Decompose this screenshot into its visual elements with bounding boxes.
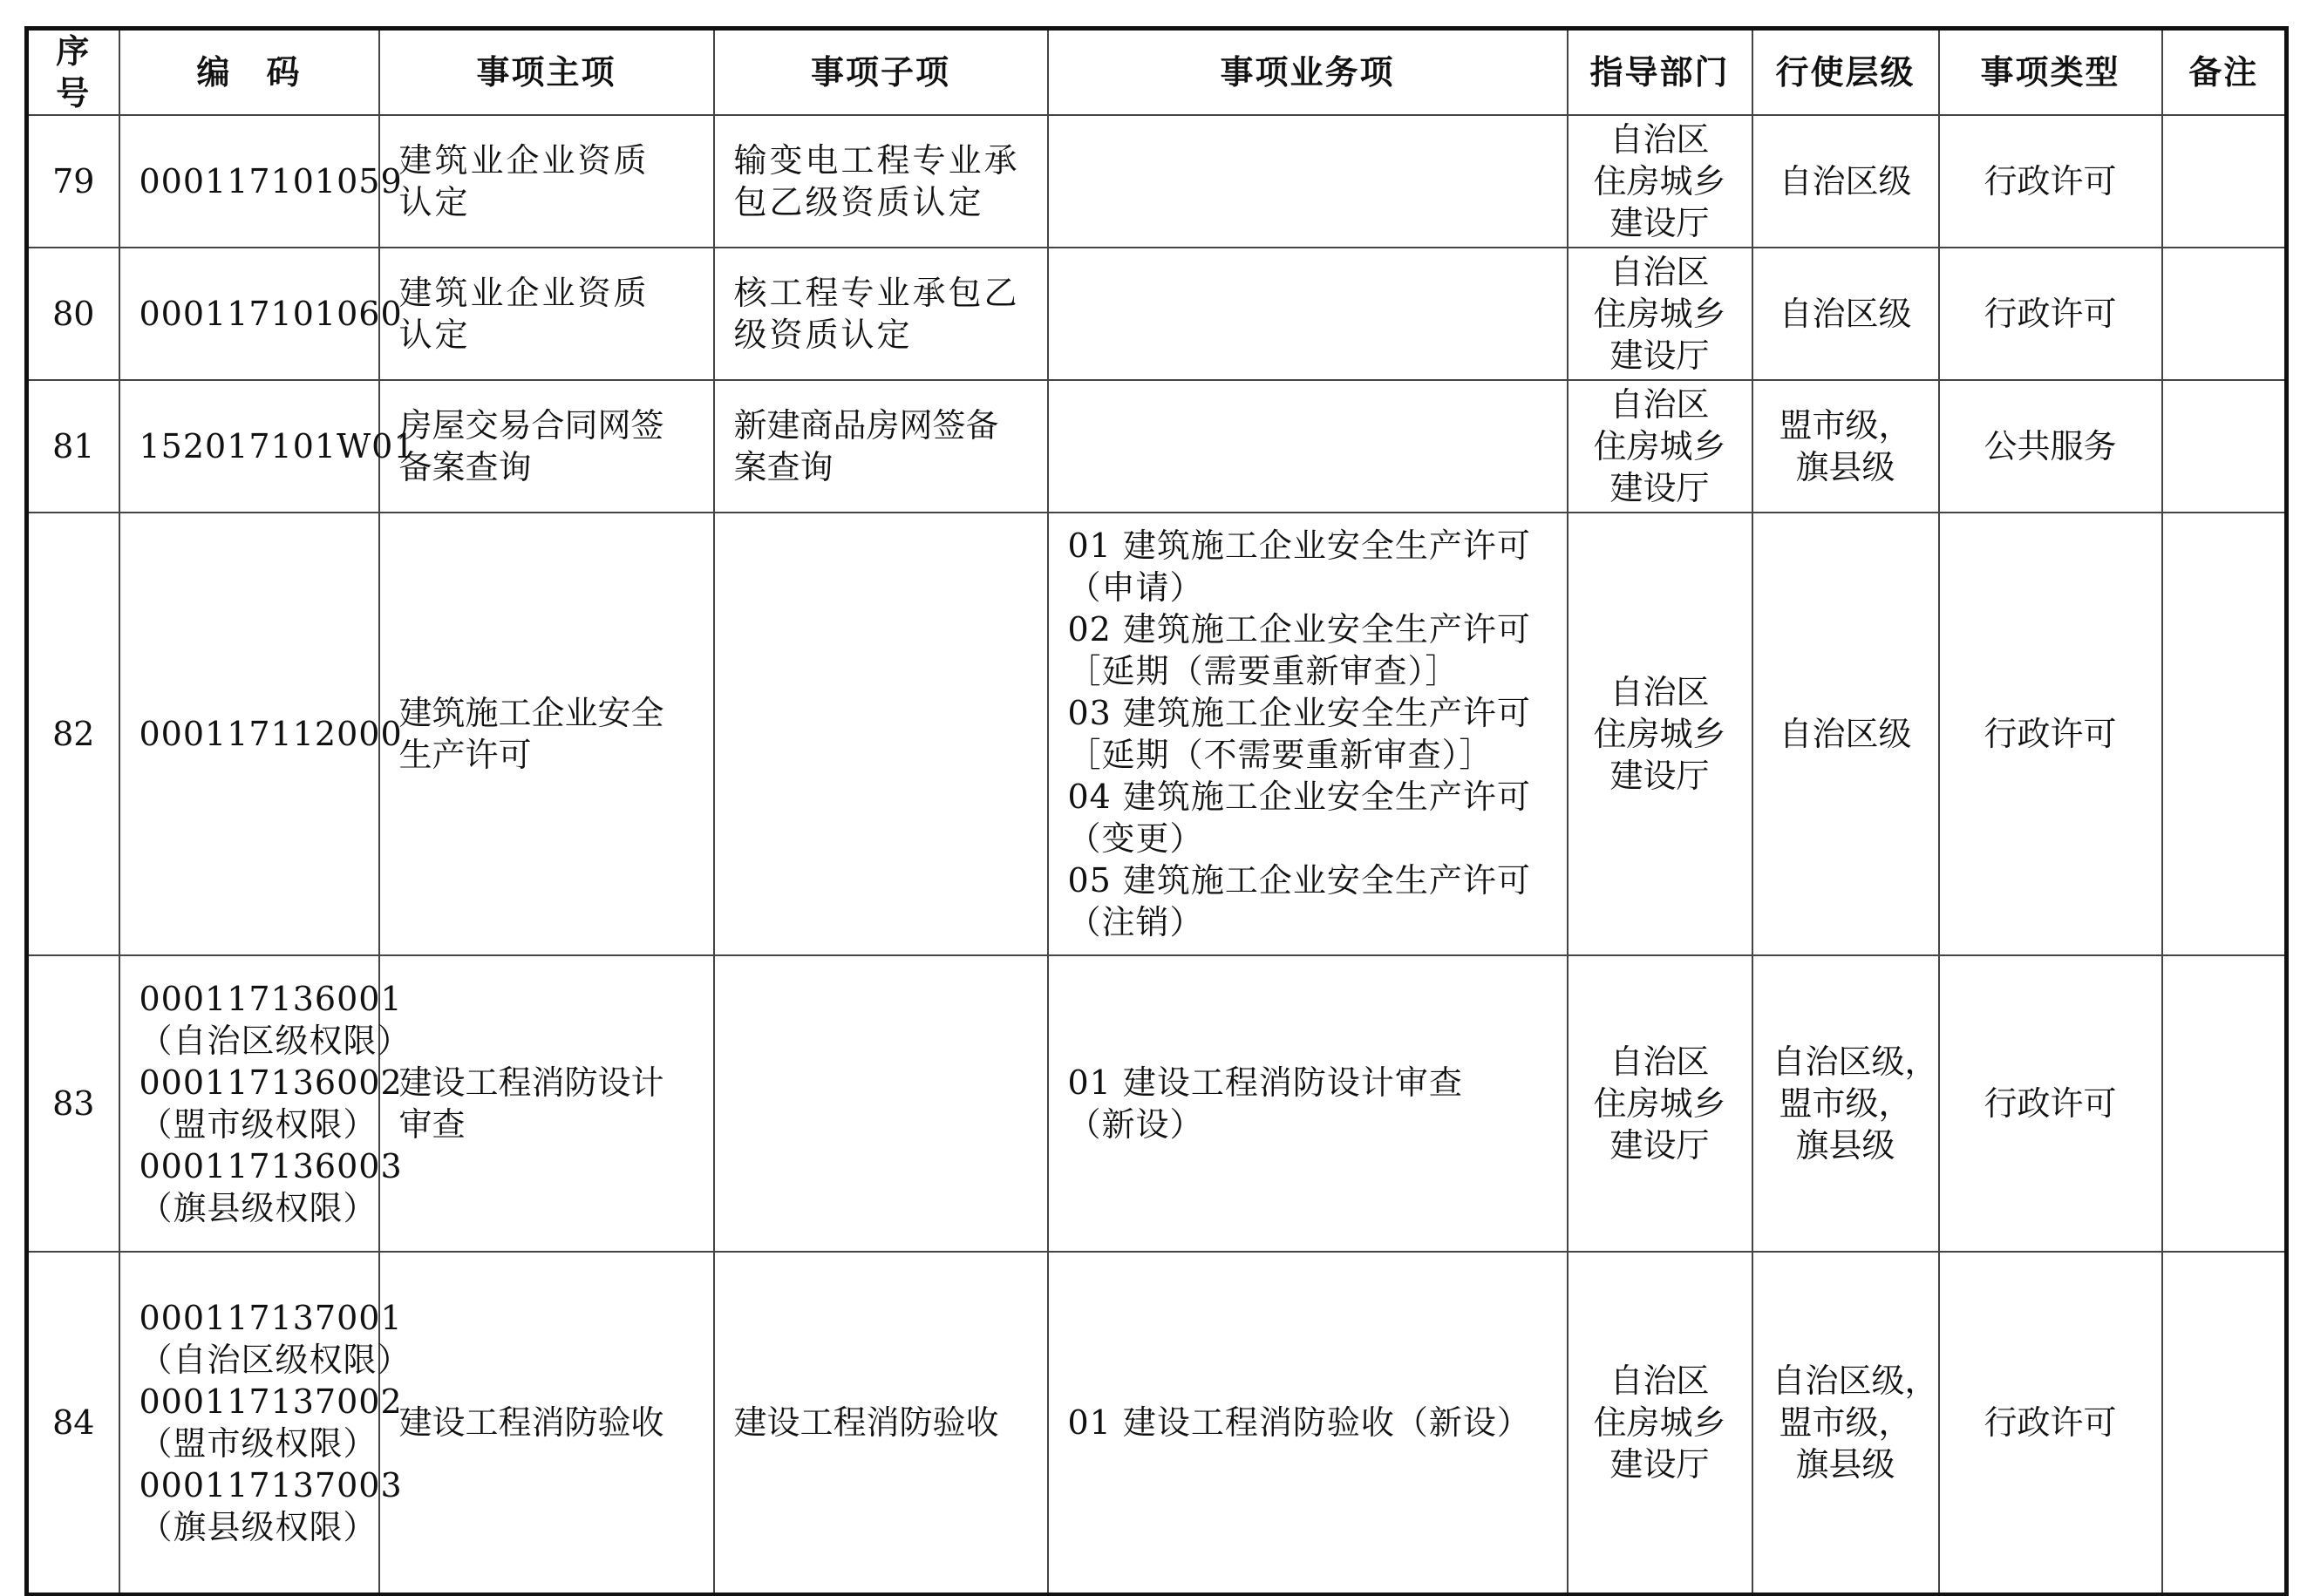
code-line: 152017101W01 — [139, 425, 359, 467]
department-line: 自治区 — [1588, 119, 1732, 160]
department-line: 建设厅 — [1588, 1124, 1732, 1166]
business-item-line: （申请） — [1068, 567, 1548, 608]
sub-item-line: 级资质认定 — [734, 314, 1028, 356]
header-code: 编 码 — [119, 29, 379, 116]
level-line: 自治区级， — [1773, 1041, 1919, 1083]
cell-sub-item: 输变电工程专业承 包乙级资质认定 — [714, 115, 1048, 248]
cell-business-item — [1048, 248, 1568, 380]
header-business-item: 事项业务项 — [1048, 29, 1568, 116]
department-line: 自治区 — [1588, 1360, 1732, 1402]
main-item-line: 认定 — [399, 314, 694, 356]
department-line: 建设厅 — [1588, 1443, 1732, 1485]
table-row: 83 000117136001 （自治区级权限） 000117136002 （盟… — [27, 955, 2287, 1252]
level-line: 自治区级， — [1773, 1360, 1919, 1402]
cell-business-item: 01 建筑施工企业安全生产许可 （申请） 02 建筑施工企业安全生产许可 ［延期… — [1048, 513, 1568, 955]
cell-no: 82 — [27, 513, 119, 955]
table-row: 84 000117137001 （自治区级权限） 000117137002 （盟… — [27, 1252, 2287, 1595]
level-line: 自治区级 — [1773, 160, 1919, 202]
cell-sub-item — [714, 513, 1048, 955]
cell-type: 公共服务 — [1939, 380, 2162, 513]
cell-business-item: 01 建设工程消防验收（新设） — [1048, 1252, 1568, 1595]
cell-main-item: 建筑施工企业安全 生产许可 — [379, 513, 714, 955]
level-line: 自治区级 — [1773, 713, 1919, 755]
main-item-line: 建筑业企业资质 — [399, 272, 694, 314]
department-line: 住房城乡 — [1588, 293, 1732, 335]
cell-level: 盟市级， 旗县级 — [1752, 380, 1939, 513]
code-line: （旗县级权限） — [139, 1506, 359, 1548]
main-item-line: 备案查询 — [399, 446, 694, 488]
cell-code: 000117112000 — [119, 513, 379, 955]
table-row: 80 000117101060 建筑业企业资质 认定 核工程专业承包乙 级资质认… — [27, 248, 2287, 380]
code-line: （旗县级权限） — [139, 1187, 359, 1229]
department-line: 住房城乡 — [1588, 713, 1732, 755]
main-item-line: 房屋交易合同网签 — [399, 404, 694, 446]
cell-note — [2162, 115, 2287, 248]
business-item-line: （变更） — [1068, 818, 1548, 859]
cell-sub-item: 建设工程消防验收 — [714, 1252, 1048, 1595]
sub-item-line: 建设工程消防验收 — [734, 1402, 1028, 1443]
cell-note — [2162, 380, 2287, 513]
cell-type: 行政许可 — [1939, 115, 2162, 248]
code-line: （盟市级权限） — [139, 1104, 359, 1145]
cell-type: 行政许可 — [1939, 248, 2162, 380]
code-line: 000117136002 — [139, 1062, 359, 1104]
header-department: 指导部门 — [1568, 29, 1752, 116]
department-line: 自治区 — [1588, 384, 1732, 425]
header-type: 事项类型 — [1939, 29, 2162, 116]
code-line: （盟市级权限） — [139, 1423, 359, 1464]
sub-item-line: 新建商品房网签备 — [734, 404, 1028, 446]
level-line: 旗县级 — [1773, 1443, 1919, 1485]
cell-level: 自治区级 — [1752, 115, 1939, 248]
cell-department: 自治区 住房城乡 建设厅 — [1568, 248, 1752, 380]
header-level: 行使层级 — [1752, 29, 1939, 116]
code-line: 000117137003 — [139, 1464, 359, 1506]
cell-code: 000117137001 （自治区级权限） 000117137002 （盟市级权… — [119, 1252, 379, 1595]
business-item-line: ［延期（不需要重新审查）］ — [1068, 734, 1548, 776]
code-line: 000117137002 — [139, 1381, 359, 1423]
code-line: 000117137001 — [139, 1297, 359, 1339]
cell-level: 自治区级， 盟市级， 旗县级 — [1752, 955, 1939, 1252]
department-line: 建设厅 — [1588, 755, 1732, 797]
cell-no: 79 — [27, 115, 119, 248]
main-item-line: 建设工程消防验收 — [399, 1402, 694, 1443]
main-item-line: 建设工程消防设计 — [399, 1062, 694, 1104]
code-line: （自治区级权限） — [139, 1339, 359, 1381]
cell-main-item: 建设工程消防设计 审查 — [379, 955, 714, 1252]
code-line: 000117101060 — [139, 293, 359, 335]
cell-code: 000117101059 — [119, 115, 379, 248]
level-line: 盟市级， — [1773, 1402, 1919, 1443]
cell-no: 84 — [27, 1252, 119, 1595]
cell-no: 81 — [27, 380, 119, 513]
department-line: 自治区 — [1588, 1041, 1732, 1083]
cell-business-item: 01 建设工程消防设计审查 （新设） — [1048, 955, 1568, 1252]
cell-business-item — [1048, 380, 1568, 513]
cell-sub-item — [714, 955, 1048, 1252]
cell-main-item: 建筑业企业资质 认定 — [379, 248, 714, 380]
main-item-line: 认定 — [399, 181, 694, 223]
code-line: 000117136001 — [139, 978, 359, 1020]
department-line: 住房城乡 — [1588, 1083, 1732, 1124]
cell-department: 自治区 住房城乡 建设厅 — [1568, 380, 1752, 513]
level-line: 旗县级 — [1773, 1124, 1919, 1166]
cell-main-item: 建设工程消防验收 — [379, 1252, 714, 1595]
header-note: 备注 — [2162, 29, 2287, 116]
main-item-line: 审查 — [399, 1104, 694, 1145]
cell-code: 000117136001 （自治区级权限） 000117136002 （盟市级权… — [119, 955, 379, 1252]
department-line: 自治区 — [1588, 251, 1732, 293]
business-item-line: 02 建筑施工企业安全生产许可 — [1068, 608, 1548, 650]
main-item-line: 建筑施工企业安全 — [399, 692, 694, 734]
cell-code: 152017101W01 — [119, 380, 379, 513]
cell-level: 自治区级， 盟市级， 旗县级 — [1752, 1252, 1939, 1595]
department-line: 住房城乡 — [1588, 160, 1732, 202]
business-item-line: 05 建筑施工企业安全生产许可 — [1068, 859, 1548, 901]
code-line: 000117101059 — [139, 160, 359, 202]
cell-type: 行政许可 — [1939, 513, 2162, 955]
main-item-line: 建筑业企业资质 — [399, 139, 694, 181]
cell-department: 自治区 住房城乡 建设厅 — [1568, 513, 1752, 955]
sub-item-line: 输变电工程专业承 — [734, 139, 1028, 181]
business-item-line: 01 建筑施工企业安全生产许可 — [1068, 525, 1548, 567]
table-row: 79 000117101059 建筑业企业资质 认定 输变电工程专业承 包乙级资… — [27, 115, 2287, 248]
cell-type: 行政许可 — [1939, 1252, 2162, 1595]
header-sub-item: 事项子项 — [714, 29, 1048, 116]
code-line: 000117112000 — [139, 713, 359, 755]
business-item-line: （注销） — [1068, 901, 1548, 943]
department-line: 自治区 — [1588, 671, 1732, 713]
cell-no: 83 — [27, 955, 119, 1252]
cell-type: 行政许可 — [1939, 955, 2162, 1252]
table-row: 81 152017101W01 房屋交易合同网签 备案查询 新建商品房网签备 案… — [27, 380, 2287, 513]
administrative-matters-table: 序号 编 码 事项主项 事项子项 事项业务项 指导部门 行使层级 事项类型 备注… — [24, 26, 2289, 1596]
department-line: 住房城乡 — [1588, 425, 1732, 467]
cell-department: 自治区 住房城乡 建设厅 — [1568, 115, 1752, 248]
cell-sub-item: 核工程专业承包乙 级资质认定 — [714, 248, 1048, 380]
cell-note — [2162, 513, 2287, 955]
business-item-line: 03 建筑施工企业安全生产许可 — [1068, 692, 1548, 734]
code-line: 000117136003 — [139, 1145, 359, 1187]
cell-business-item — [1048, 115, 1568, 248]
department-line: 建设厅 — [1588, 202, 1732, 244]
level-line: 盟市级， — [1773, 404, 1919, 446]
cell-note — [2162, 955, 2287, 1252]
cell-department: 自治区 住房城乡 建设厅 — [1568, 1252, 1752, 1595]
code-line: （自治区级权限） — [139, 1020, 359, 1062]
table-row: 82 000117112000 建筑施工企业安全 生产许可 01 建筑施工企业安… — [27, 513, 2287, 955]
cell-department: 自治区 住房城乡 建设厅 — [1568, 955, 1752, 1252]
department-line: 住房城乡 — [1588, 1402, 1732, 1443]
sub-item-line: 案查询 — [734, 446, 1028, 488]
header-no: 序号 — [27, 29, 119, 116]
cell-level: 自治区级 — [1752, 248, 1939, 380]
cell-no: 80 — [27, 248, 119, 380]
cell-note — [2162, 248, 2287, 380]
main-item-line: 生产许可 — [399, 734, 694, 776]
cell-sub-item: 新建商品房网签备 案查询 — [714, 380, 1048, 513]
cell-level: 自治区级 — [1752, 513, 1939, 955]
department-line: 建设厅 — [1588, 467, 1732, 509]
level-line: 自治区级 — [1773, 293, 1919, 335]
header-row: 序号 编 码 事项主项 事项子项 事项业务项 指导部门 行使层级 事项类型 备注 — [27, 29, 2287, 116]
business-item-line: 01 建设工程消防设计审查 — [1068, 1062, 1548, 1104]
level-line: 旗县级 — [1773, 446, 1919, 488]
cell-note — [2162, 1252, 2287, 1595]
cell-main-item: 建筑业企业资质 认定 — [379, 115, 714, 248]
business-item-line: 01 建设工程消防验收（新设） — [1068, 1402, 1548, 1443]
cell-main-item: 房屋交易合同网签 备案查询 — [379, 380, 714, 513]
sub-item-line: 核工程专业承包乙 — [734, 272, 1028, 314]
business-item-line: ［延期（需要重新审查）］ — [1068, 650, 1548, 692]
sub-item-line: 包乙级资质认定 — [734, 181, 1028, 223]
business-item-line: （新设） — [1068, 1104, 1548, 1145]
cell-code: 000117101060 — [119, 248, 379, 380]
department-line: 建设厅 — [1588, 335, 1732, 377]
header-main-item: 事项主项 — [379, 29, 714, 116]
business-item-line: 04 建筑施工企业安全生产许可 — [1068, 776, 1548, 818]
level-line: 盟市级， — [1773, 1083, 1919, 1124]
